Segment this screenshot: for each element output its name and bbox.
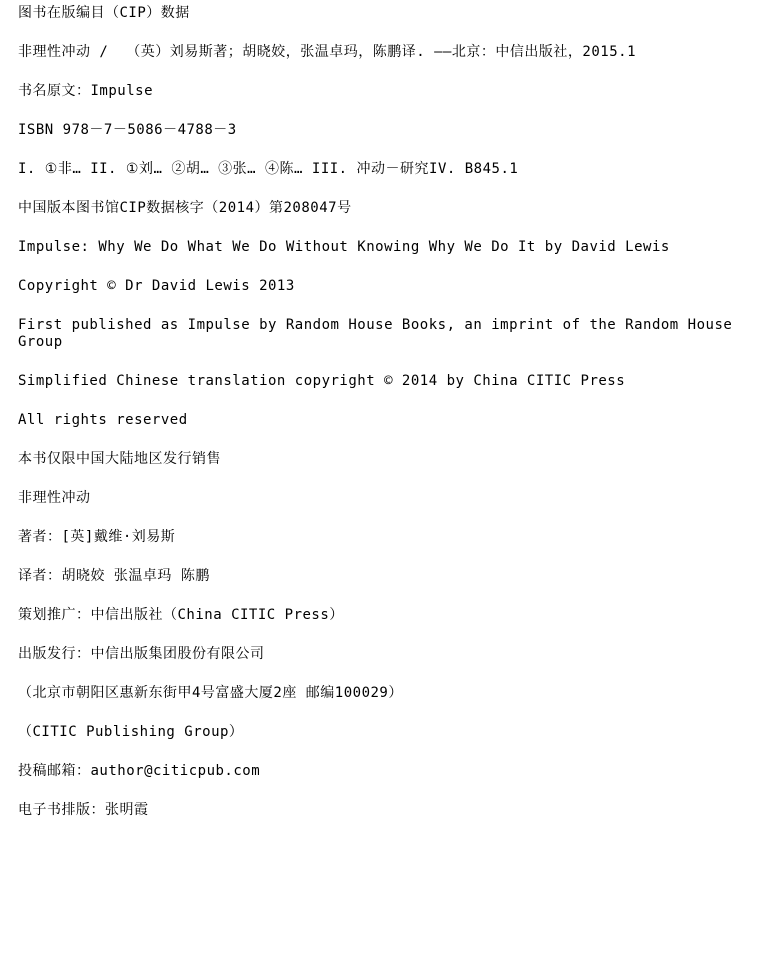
book-title: 非理性冲动 (18, 490, 754, 507)
planning-promotion-line: 策划推广：中信出版社（China CITIC Press） (18, 607, 754, 624)
cip-record-number-line: 中国版本图书馆CIP数据核字（2014）第208047号 (18, 200, 754, 217)
isbn-line: ISBN 978－7－5086－4788－3 (18, 122, 754, 139)
ebook-typesetting-line: 电子书排版：张明霞 (18, 802, 754, 819)
publisher-line: 出版发行：中信出版集团股份有限公司 (18, 646, 754, 663)
first-published-line: First published as Impulse by Random Hou… (18, 317, 754, 351)
original-title-line: 书名原文：Impulse (18, 83, 754, 100)
copyright-line: Copyright © Dr David Lewis 2013 (18, 278, 754, 295)
copyright-page: 图书在版编目（CIP）数据 非理性冲动 / （英）刘易斯著；胡晓姣，张温卓玛，陈… (0, 0, 764, 953)
publisher-address-line: （北京市朝阳区惠新东街甲4号富盛大厦2座 邮编100029） (18, 685, 754, 702)
cip-catalog-entry: 非理性冲动 / （英）刘易斯著；胡晓姣，张温卓玛，陈鹏译. ——北京：中信出版社… (18, 44, 754, 61)
distribution-restriction-line: 本书仅限中国大陆地区发行销售 (18, 451, 754, 468)
english-title-line: Impulse: Why We Do What We Do Without Kn… (18, 239, 754, 256)
author-line: 著者：[英]戴维·刘易斯 (18, 529, 754, 546)
cip-data-header: 图书在版编目（CIP）数据 (18, 5, 754, 22)
translation-copyright-line: Simplified Chinese translation copyright… (18, 373, 754, 390)
publisher-english-name-line: （CITIC Publishing Group） (18, 724, 754, 741)
rights-reserved-line: All rights reserved (18, 412, 754, 429)
classification-line: I. ①非… II. ①刘… ②胡… ③张… ④陈… III. 冲动－研究IV.… (18, 161, 754, 178)
translators-line: 译者：胡晓姣 张温卓玛 陈鹏 (18, 568, 754, 585)
submission-email-line: 投稿邮箱：author@citicpub.com (18, 763, 754, 780)
